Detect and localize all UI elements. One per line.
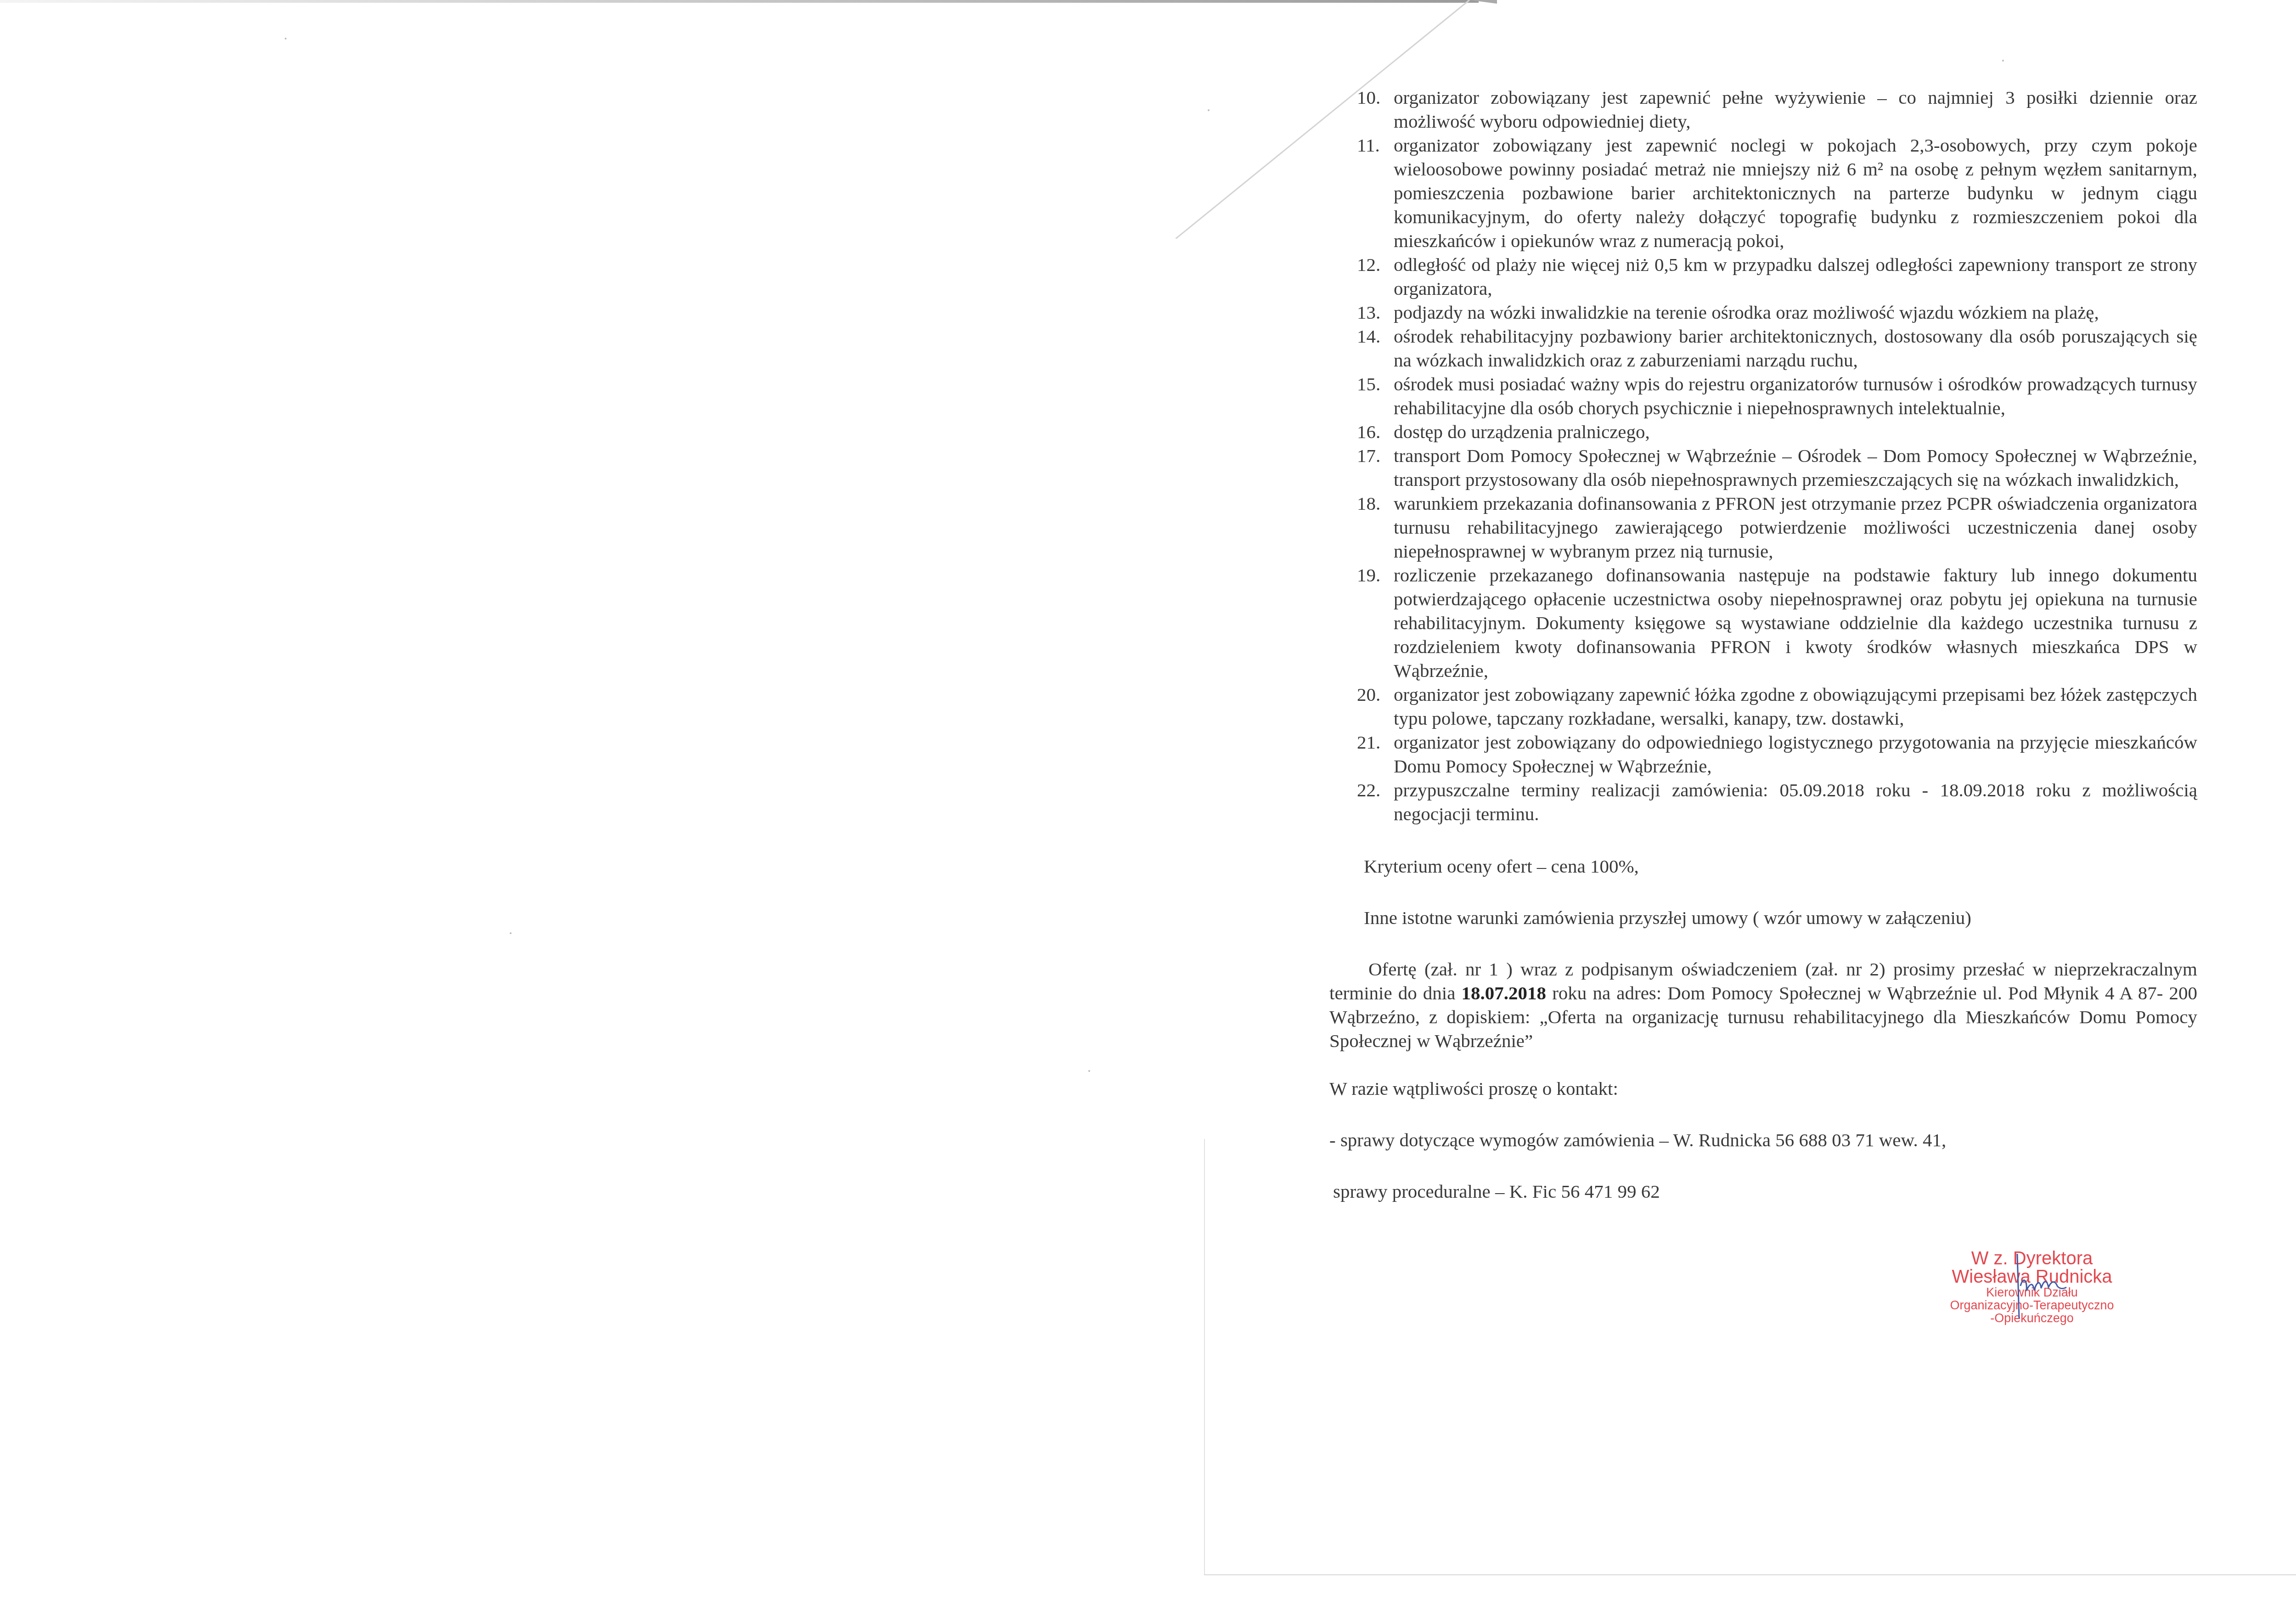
contact-requirements: - sprawy dotyczące wymogów zamówienia – …: [1329, 1128, 2197, 1152]
handwritten-signature: [2014, 1251, 2069, 1320]
list-item: 19.rozliczenie przekazanego dofinansowan…: [1357, 563, 2197, 682]
list-item-number: 13.: [1357, 300, 1380, 324]
list-item-text: organizator zobowiązany jest zapewnić no…: [1394, 135, 2197, 251]
list-item-text: organizator zobowiązany jest zapewnić pe…: [1394, 87, 2197, 132]
offer-deadline-date: 18.07.2018: [1462, 982, 1547, 1003]
list-item-number: 17.: [1357, 444, 1380, 468]
page-edge-left: [1204, 1139, 1205, 1575]
list-item-text: organizator jest zobowiązany do odpowied…: [1394, 732, 2197, 777]
scan-speck: [510, 932, 512, 934]
list-item-number: 20.: [1357, 682, 1380, 706]
list-item: 12.odległość od plaży nie więcej niż 0,5…: [1357, 253, 2197, 300]
page-edge-bottom: [1204, 1574, 2296, 1575]
list-item: 22.przypuszczalne terminy realizacji zam…: [1357, 778, 2197, 826]
list-item: 16.dostęp do urządzenia pralniczego,: [1357, 420, 2197, 444]
list-item-text: ośrodek musi posiadać ważny wpis do reje…: [1394, 373, 2197, 418]
list-item: 15.ośrodek musi posiadać ważny wpis do r…: [1357, 372, 2197, 420]
offer-submission-paragraph: Ofertę (zał. nr 1 ) wraz z podpisanym oś…: [1329, 957, 2197, 1053]
scan-speck: [1088, 1070, 1090, 1072]
evaluation-criterion: Kryterium oceny ofert – cena 100%,: [1357, 854, 2197, 878]
list-item-number: 10.: [1357, 85, 1380, 109]
document-body: 10.organizator zobowiązany jest zapewnić…: [1357, 85, 2197, 1222]
list-item: 10.organizator zobowiązany jest zapewnić…: [1357, 85, 2197, 133]
list-item-text: warunkiem przekazania dofinansowania z P…: [1394, 493, 2197, 562]
list-item-text: dostęp do urządzenia pralniczego,: [1394, 421, 1650, 442]
list-item-text: transport Dom Pomocy Społecznej w Wąbrze…: [1394, 445, 2197, 490]
list-item-text: ośrodek rehabilitacyjny pozbawiony barie…: [1394, 326, 2197, 371]
list-item: 18.warunkiem przekazania dofinansowania …: [1357, 491, 2197, 563]
other-terms: Inne istotne warunki zamówienia przyszłe…: [1357, 906, 2197, 930]
list-item-number: 22.: [1357, 778, 1380, 802]
list-item-number: 15.: [1357, 372, 1380, 396]
list-item: 17.transport Dom Pomocy Społecznej w Wąb…: [1357, 444, 2197, 491]
list-item-number: 21.: [1357, 730, 1380, 754]
list-item-text: podjazdy na wózki inwalidzkie na terenie…: [1394, 302, 2099, 323]
scan-speck: [285, 38, 287, 39]
scan-speck: [1208, 109, 1210, 111]
list-item-number: 18.: [1357, 491, 1380, 515]
list-item-text: odległość od plaży nie więcej niż 0,5 km…: [1394, 254, 2197, 299]
list-item-number: 16.: [1357, 420, 1380, 444]
list-item-number: 19.: [1357, 563, 1380, 587]
list-item-text: rozliczenie przekazanego dofinansowania …: [1394, 564, 2197, 681]
contact-procedural: sprawy proceduralne – K. Fic 56 471 99 6…: [1333, 1179, 2197, 1203]
list-item-text: organizator jest zobowiązany zapewnić łó…: [1394, 684, 2197, 729]
list-item: 20.organizator jest zobowiązany zapewnić…: [1357, 682, 2197, 730]
list-item-number: 11.: [1357, 133, 1380, 157]
scan-speck: [2002, 60, 2004, 62]
list-item-number: 14.: [1357, 324, 1380, 348]
contact-intro: W razie wątpliwości proszę o kontakt:: [1329, 1077, 2197, 1100]
list-item-number: 12.: [1357, 253, 1380, 276]
requirements-list: 10.organizator zobowiązany jest zapewnić…: [1357, 85, 2197, 826]
list-item: 11.organizator zobowiązany jest zapewnić…: [1357, 133, 2197, 253]
list-item: 14.ośrodek rehabilitacyjny pozbawiony ba…: [1357, 324, 2197, 372]
list-item: 21.organizator jest zobowiązany do odpow…: [1357, 730, 2197, 778]
list-item: 13.podjazdy na wózki inwalidzkie na tere…: [1357, 300, 2197, 324]
list-item-text: przypuszczalne terminy realizacji zamówi…: [1394, 779, 2197, 824]
